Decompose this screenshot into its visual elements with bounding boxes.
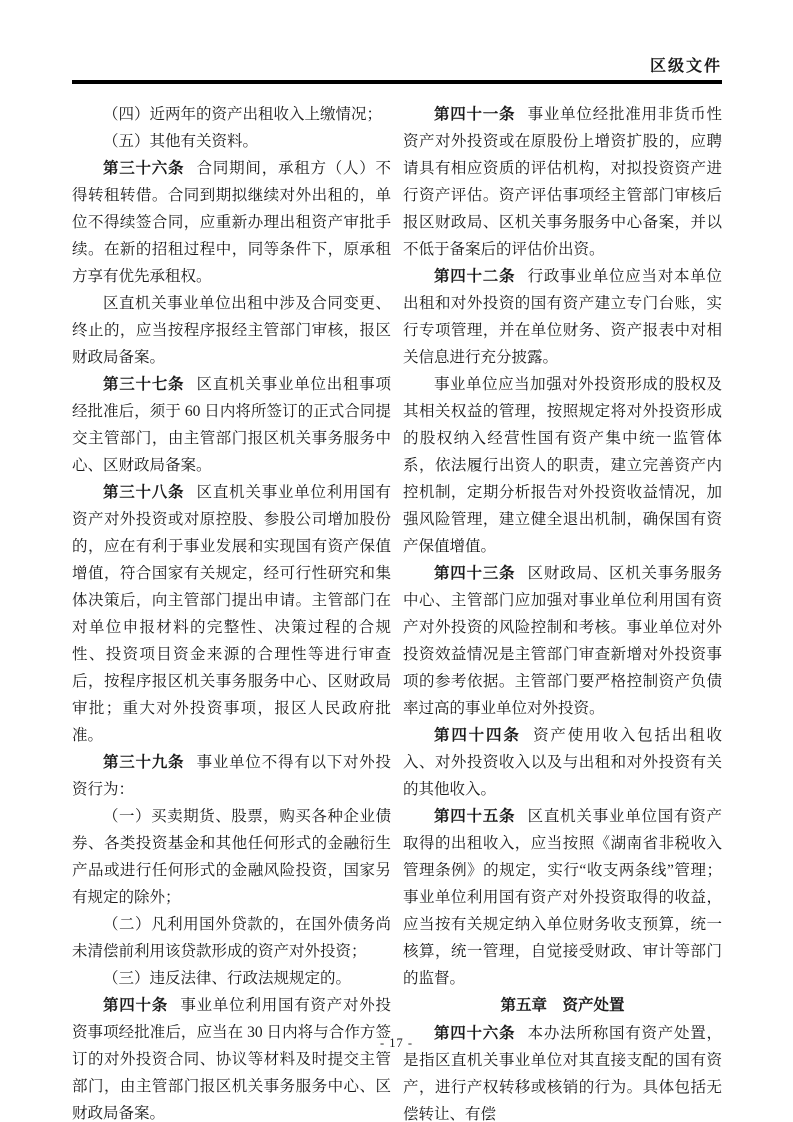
page-header: 区级文件: [72, 0, 722, 84]
page-footer: - 17 -: [0, 1036, 793, 1051]
article-number: 第三十九条: [103, 754, 184, 771]
paragraph: 事业单位应当加强对外投资形成的股权及其相关权益的管理，按照规定将对外投资形成的股…: [403, 371, 722, 560]
article-number: 第三十六条: [103, 160, 184, 177]
document-page: 区级文件 （四）近两年的资产出租收入上缴情况；（五）其他有关资料。第三十六条合同…: [0, 0, 793, 1122]
paragraph: 第四十三条区财政局、区机关事务服务中心、主管部门应加强对事业单位利用国有资产对外…: [403, 560, 722, 722]
paragraph: （三）违反法律、行政法规规定的。: [72, 965, 391, 992]
header-doc-class: 区级文件: [72, 0, 722, 76]
paragraph: 第四十一条事业单位经批准用非货币性资产对外投资或在原股份上增资扩股的，应聘请具有…: [403, 101, 722, 263]
article-number: 第四十五条: [434, 808, 515, 825]
article-number: 第四十条: [103, 997, 168, 1014]
article-number: 第四十二条: [434, 268, 515, 285]
article-number: 第四十四条: [434, 727, 521, 744]
paragraph: 第四十二条行政事业单位应当对本单位出租和对外投资的国有资产建立专门台账，实行专项…: [403, 263, 722, 371]
page-number: - 17 -: [380, 1036, 413, 1050]
article-number: 第三十八条: [103, 484, 184, 501]
paragraph: （一）买卖期货、股票，购买各种企业债券、各类投资基金和其他任何形式的金融衍生产品…: [72, 803, 391, 911]
article-number: 第四十三条: [434, 565, 515, 582]
paragraph: 第三十六条合同期间，承租方（人）不得转租转借。合同到期拟继续对外出租的，单位不得…: [72, 155, 391, 290]
left-column: （四）近两年的资产出租收入上缴情况；（五）其他有关资料。第三十六条合同期间，承租…: [72, 101, 391, 1122]
chapter-heading: 第五章 资产处置: [403, 992, 722, 1020]
paragraph: 第三十八条区直机关事业单位利用国有资产对外投资或对原控股、参股公司增加股份的，应…: [72, 479, 391, 749]
header-rule: [72, 80, 722, 84]
paragraph: 第三十七条区直机关事业单位出租事项经批准后，须于 60 日内将所签订的正式合同提…: [72, 371, 391, 479]
right-column: 第四十一条事业单位经批准用非货币性资产对外投资或在原股份上增资扩股的，应聘请具有…: [403, 101, 722, 1122]
paragraph: （五）其他有关资料。: [72, 128, 391, 155]
paragraph: 第四十五条区直机关事业单位国有资产取得的出租收入，应当按照《湖南省非税收入管理条…: [403, 803, 722, 992]
paragraph: 第四十四条资产使用收入包括出租收入、对外投资收入以及与出租和对外投资有关的其他收…: [403, 722, 722, 803]
article-number: 第四十一条: [434, 106, 515, 123]
paragraph: （二）凡利用国外贷款的，在国外债务尚未清偿前利用该贷款形成的资产对外投资；: [72, 911, 391, 965]
document-body: （四）近两年的资产出租收入上缴情况；（五）其他有关资料。第三十六条合同期间，承租…: [72, 101, 722, 1122]
paragraph: （四）近两年的资产出租收入上缴情况；: [72, 101, 391, 128]
article-number: 第三十七条: [103, 376, 184, 393]
paragraph: 区直机关事业单位出租中涉及合同变更、终止的，应当按程序报经主管部门审核，报区财政…: [72, 290, 391, 371]
paragraph: 第三十九条事业单位不得有以下对外投资行为：: [72, 749, 391, 803]
paragraph: 第四十条事业单位利用国有资产对外投资事项经批准后，应当在 30 日内将与合作方签…: [72, 992, 391, 1122]
